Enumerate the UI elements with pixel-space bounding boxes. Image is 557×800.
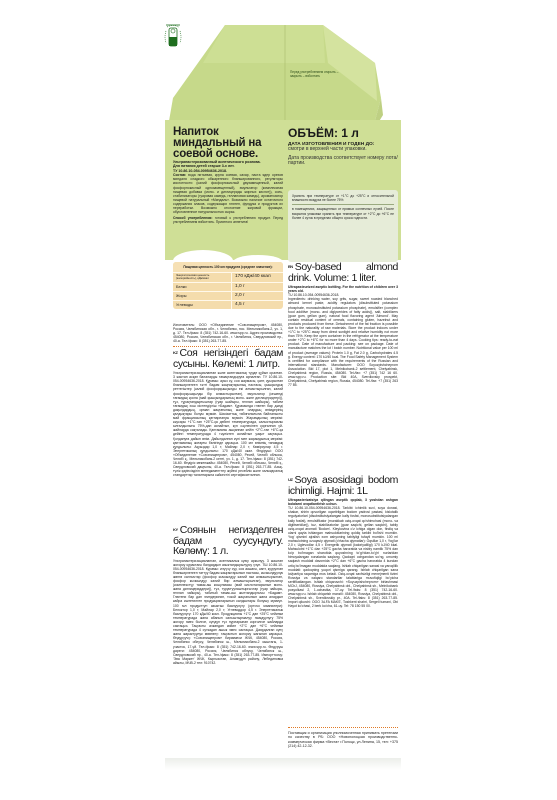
lang-tag-kz: KZ	[173, 350, 178, 355]
carton-bottom-edge	[165, 758, 401, 770]
en-title: ENSoy-based almond drink. Volume: 1 lite…	[288, 262, 398, 283]
product-title-ru: Напиток миндальный на соевой основе.	[173, 127, 283, 160]
nutrition-value: 170 кДж/40 ккал	[231, 273, 283, 282]
bottle-shake-icon	[163, 23, 183, 49]
ky-section: KYСоянын негизделген бадам суусундугу. К…	[173, 525, 283, 665]
ky-body: Ультрапастеризацияланган, асептикалык ку…	[173, 559, 283, 665]
nutrition-row: Белки 1,0 г	[173, 282, 283, 291]
ky-title: KYСоянын негизделген бадам суусундугу. К…	[173, 525, 283, 557]
lang-tag-en: EN	[288, 264, 293, 269]
date-text: смотри в верхней части упаковки.	[288, 147, 398, 153]
lang-tag-uz: UZ	[288, 477, 293, 482]
en-title-text: Soy-based almond drink. Volume: 1 liter.	[288, 261, 398, 284]
nutrition-label: Энергетическая ценность (калорийность), …	[173, 273, 231, 282]
volume-info: ОБЪЁМ: 1 л ДАТА ИЗГОТОВЛЕНИЯ И ГОДЕН ДО:…	[288, 127, 398, 167]
by-supplier-text: Поставщик и организация уполномоченная п…	[288, 731, 398, 748]
nutrition-row: Жиры 2,0 г	[173, 291, 283, 300]
nutrition-row: Углеводы 4,5 г	[173, 300, 283, 309]
composition-text: Состав: вода питьевая, крупа соевая, сах…	[173, 173, 283, 214]
uz-body: TU 10.86.10-054-00954636-2018. Tarkibi: …	[288, 506, 398, 608]
volume-title: ОБЪЁМ: 1 л	[288, 127, 398, 139]
nutrition-value: 2,0 г	[231, 292, 283, 300]
kz-body: Ультрапастеризацияланған және асептикалы…	[173, 371, 283, 477]
kz-title-text: Соя негізіндегі бадам сусыны. Көлемі: 1 …	[173, 347, 283, 370]
carton-top-cap: Перед употреблением открыть – закрыть – …	[163, 23, 403, 123]
product-carton-flat: Перед употреблением открыть – закрыть – …	[163, 0, 403, 800]
by-supplier-section: Поставщик и организация уполномоченная п…	[288, 724, 398, 748]
storage-line-2: в помещениях, защищенных от прямых солне…	[288, 207, 398, 220]
dotted-divider	[288, 727, 398, 728]
uz-section: UZSoya asosidagi bodom ichimligi. Hajmi:…	[288, 475, 398, 609]
lang-tag-ky: KY	[173, 527, 178, 532]
nutrition-header: Пищевая ценность 100 мл продукта (средне…	[173, 262, 283, 272]
nutrition-label: Белки	[173, 283, 231, 291]
storage-conditions: Хранить при температуре от +1°С до +25°С…	[288, 190, 398, 262]
kz-section: KZСоя негізіндегі бадам сусыны. Көлемі: …	[173, 348, 283, 477]
usage-text: Способ употребления: готовый к употребле…	[173, 216, 283, 224]
en-body: Ingredients: drinking water, soy grits, …	[288, 297, 398, 387]
kz-title: KZСоя негізіндегі бадам сусыны. Көлемі: …	[173, 348, 283, 369]
cap-shape	[163, 23, 403, 123]
nutrition-label: Жиры	[173, 292, 231, 300]
open-shake-hint: Перед употреблением открыть – закрыть – …	[290, 70, 350, 78]
en-section: ENSoy-based almond drink. Volume: 1 lite…	[288, 262, 398, 387]
uz-subtitle: Ultrapasterizatsiya qilingan aseptik qop…	[288, 498, 398, 506]
nutrition-table: Пищевая ценность 100 мл продукта (средне…	[173, 262, 283, 309]
uz-title-text: Soya asosidagi bodom ichimligi. Hajmi: 1…	[288, 474, 398, 497]
manufacturer-text: Изготовитель: ООО «Объединение «Союзпище…	[173, 323, 283, 343]
ky-title-text: Соянын негизделген бадам суусундугу. Көл…	[173, 524, 283, 557]
uz-title: UZSoya asosidagi bodom ichimligi. Hajmi:…	[288, 475, 398, 496]
nutrition-row: Энергетическая ценность (калорийность), …	[173, 272, 283, 282]
composition-value: вода питьевая, крупа соевая, сахар, паст…	[173, 173, 283, 214]
ru-description: Напиток миндальный на соевой основе. Уль…	[173, 127, 283, 224]
storage-divider	[292, 204, 394, 205]
nutrition-value: 4,5 г	[231, 301, 283, 309]
nutrition-value: 1,0 г	[231, 283, 283, 291]
en-subtitle: Ultrapasteurized aseptic bottling. For t…	[288, 285, 398, 293]
storage-line-1: Хранить при температуре от +1°С до +25°С…	[288, 190, 398, 202]
nutrition-label: Углеводы	[173, 301, 231, 309]
batch-text: Дата производства соответствует номеру л…	[288, 156, 398, 167]
